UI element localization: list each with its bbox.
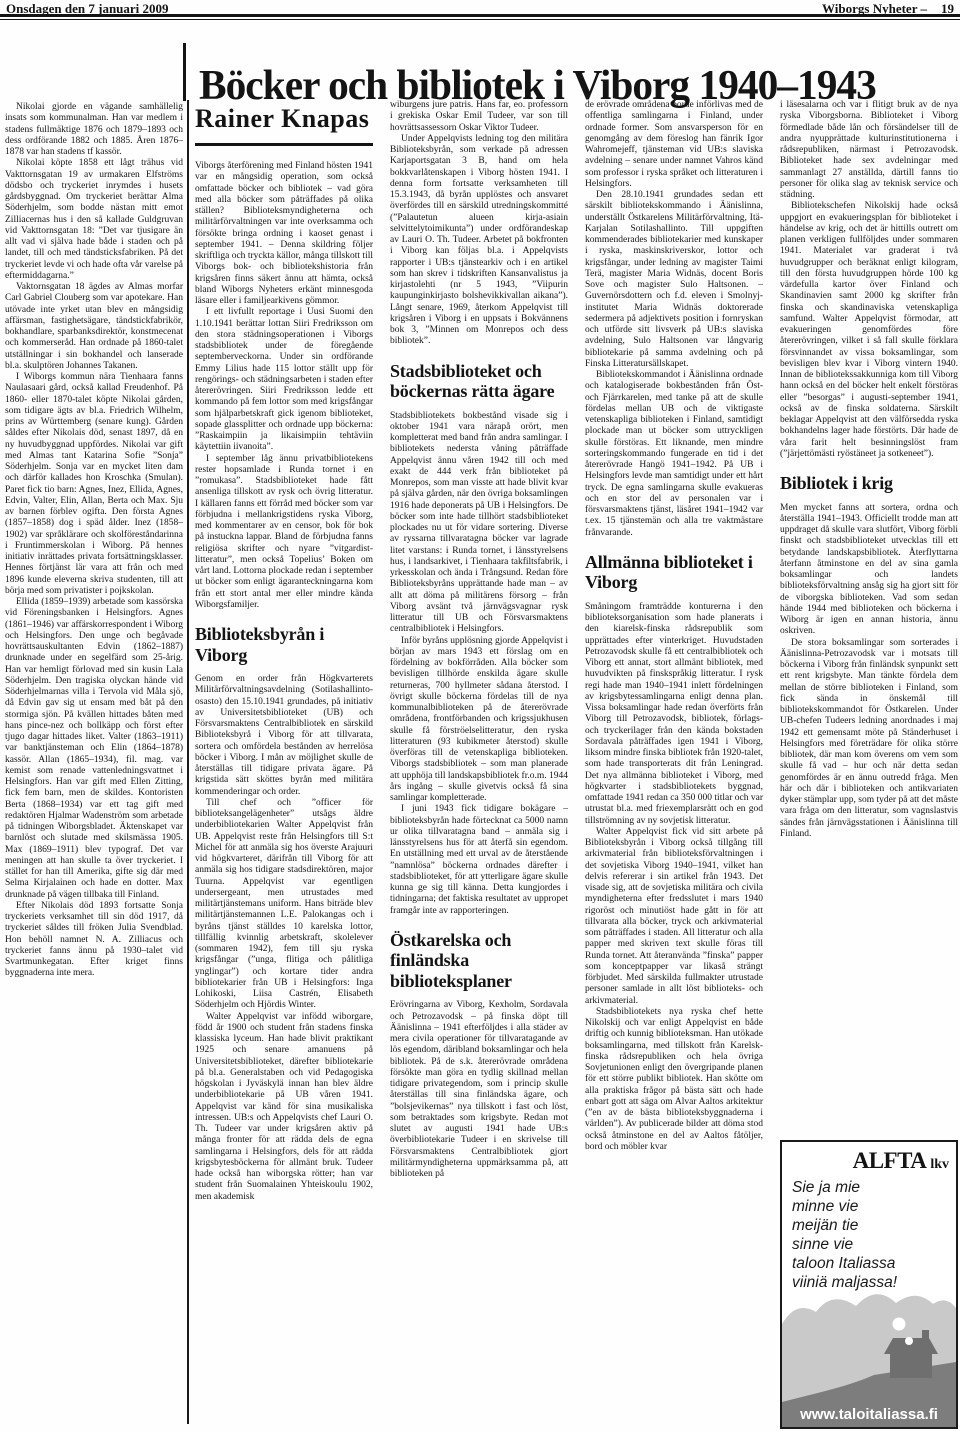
masthead-rule: [0, 14, 960, 20]
article-paragraph: I Wiborgs kommun nära Tienhaara fanns Na…: [5, 372, 183, 597]
article-paragraph: Nikolai köpte 1858 ett lågt trähus vid V…: [5, 158, 183, 282]
section-heading: Östkarelska och finländska bibliotekspla…: [390, 930, 568, 992]
article-paragraph: I september låg ännu privatbibliotekens …: [195, 454, 373, 612]
article-paragraph: Ellida (1859–1939) arbetade som kassörsk…: [5, 597, 183, 901]
ad-slogan-line: minne vie: [792, 1197, 897, 1216]
ad-brand-suffix: lkv: [930, 1157, 949, 1172]
article-paragraph: I ett livfullt reportage i Uusi Suomi de…: [195, 307, 373, 453]
article-paragraph: Till chef och ”officer för biblioteksang…: [195, 798, 373, 1012]
ad-url: www.taloitaliassa.fi: [782, 1406, 956, 1423]
article-paragraph: Den 28.10.1941 grundades sedan ett särsk…: [585, 190, 763, 370]
ad-brand: ALFTA lkv: [853, 1148, 949, 1174]
sidebar-column: Nikolai gjorde en vägande samhällelig in…: [5, 102, 183, 1431]
article-paragraph: Stadsbibliotekets nya ryska chef hette N…: [585, 1007, 763, 1153]
article-column-4: i läsesalarna och var i flitigt bruk av …: [780, 100, 958, 1135]
article-paragraph: Vaktornsgatan 18 ägdes av Almas morfar C…: [5, 282, 183, 372]
ad-slogan-line: Sie ja mie: [792, 1178, 897, 1197]
article-column-3: de erövrade områdena borde införlivas me…: [585, 100, 763, 1431]
article-column-1: Rainer Knapas Viborgs återförening med F…: [195, 100, 373, 1431]
article-paragraph: Walter Appelqvist var infödd wiborgare, …: [195, 1012, 373, 1203]
section-heading: Allmänna biblioteket i Viborg: [585, 552, 763, 593]
article-paragraph: Men mycket fanns att sortera, ordna och …: [780, 503, 958, 638]
article-paragraph: de erövrade områdena borde införlivas me…: [585, 100, 763, 190]
thought-bubble-large: [893, 1318, 906, 1331]
section-heading: Biblioteksbyrån i Viborg: [195, 624, 373, 665]
ad-illustration: [782, 1262, 956, 1427]
section-heading: Bibliotek i krig: [780, 473, 958, 494]
article-paragraph: Nikolai gjorde en vägande samhällelig in…: [5, 102, 183, 158]
article-paragraph: Walter Appelqvist fick vid sitt arbete p…: [585, 827, 763, 1007]
ad-slogan-line: meijän tie: [792, 1216, 897, 1235]
article-paragraph: Bibliotekschefen Nikolskij hade också up…: [780, 201, 958, 460]
article-paragraph: Småningom framträdde konturerna i den bi…: [585, 602, 763, 827]
article-column-1-text: Viborgs återförening med Finland hösten …: [195, 161, 373, 1203]
article-paragraph: Bibliotekskommandot i Äänislinna ordnade…: [585, 370, 763, 539]
article-paragraph: Inför byråns upplösning gjorde Appelqvis…: [390, 636, 568, 805]
article-paragraph: Genom en order från Högkvarterets Militä…: [195, 674, 373, 798]
byline: Rainer Knapas: [195, 104, 373, 146]
byline-block: Rainer Knapas: [195, 104, 373, 146]
article-paragraph: wiburgens jure patris. Hans far, eo. pro…: [390, 100, 568, 134]
article-paragraph: i läsesalarna och var i flitigt bruk av …: [780, 100, 958, 201]
article-paragraph: Erövringarna av Viborg, Kexholm, Sordava…: [390, 1000, 568, 1180]
newspaper-page: { "header": { "date": "Onsdagen den 7 ja…: [0, 0, 960, 1431]
column-divider: [187, 100, 189, 1424]
article-paragraph: Stadsbibliotekets bokbestånd visade sig …: [390, 411, 568, 636]
headline-bar: [183, 43, 186, 101]
thought-bubble-small: [905, 1337, 913, 1345]
article-paragraph: Viborgs återförening med Finland hösten …: [195, 161, 373, 307]
article-paragraph: Under Appelqvists ledning tog den militä…: [390, 134, 568, 348]
ad-slogan-line: sinne vie: [792, 1235, 897, 1254]
article-paragraph: I juni 1943 fick tidigare bokägare – bib…: [390, 804, 568, 917]
article-paragraph: De stora boksamlingar som sorterades i Ä…: [780, 638, 958, 841]
article-paragraph: Efter Nikolais död 1893 fortsatte Sonja …: [5, 901, 183, 980]
section-heading: Stadsbiblioteket och böckernas rätta äga…: [390, 361, 568, 402]
article-column-2: wiburgens jure patris. Hans far, eo. pro…: [390, 100, 568, 1431]
advertisement: ALFTA lkv Sie ja mie minne vie meijän ti…: [780, 1140, 958, 1429]
